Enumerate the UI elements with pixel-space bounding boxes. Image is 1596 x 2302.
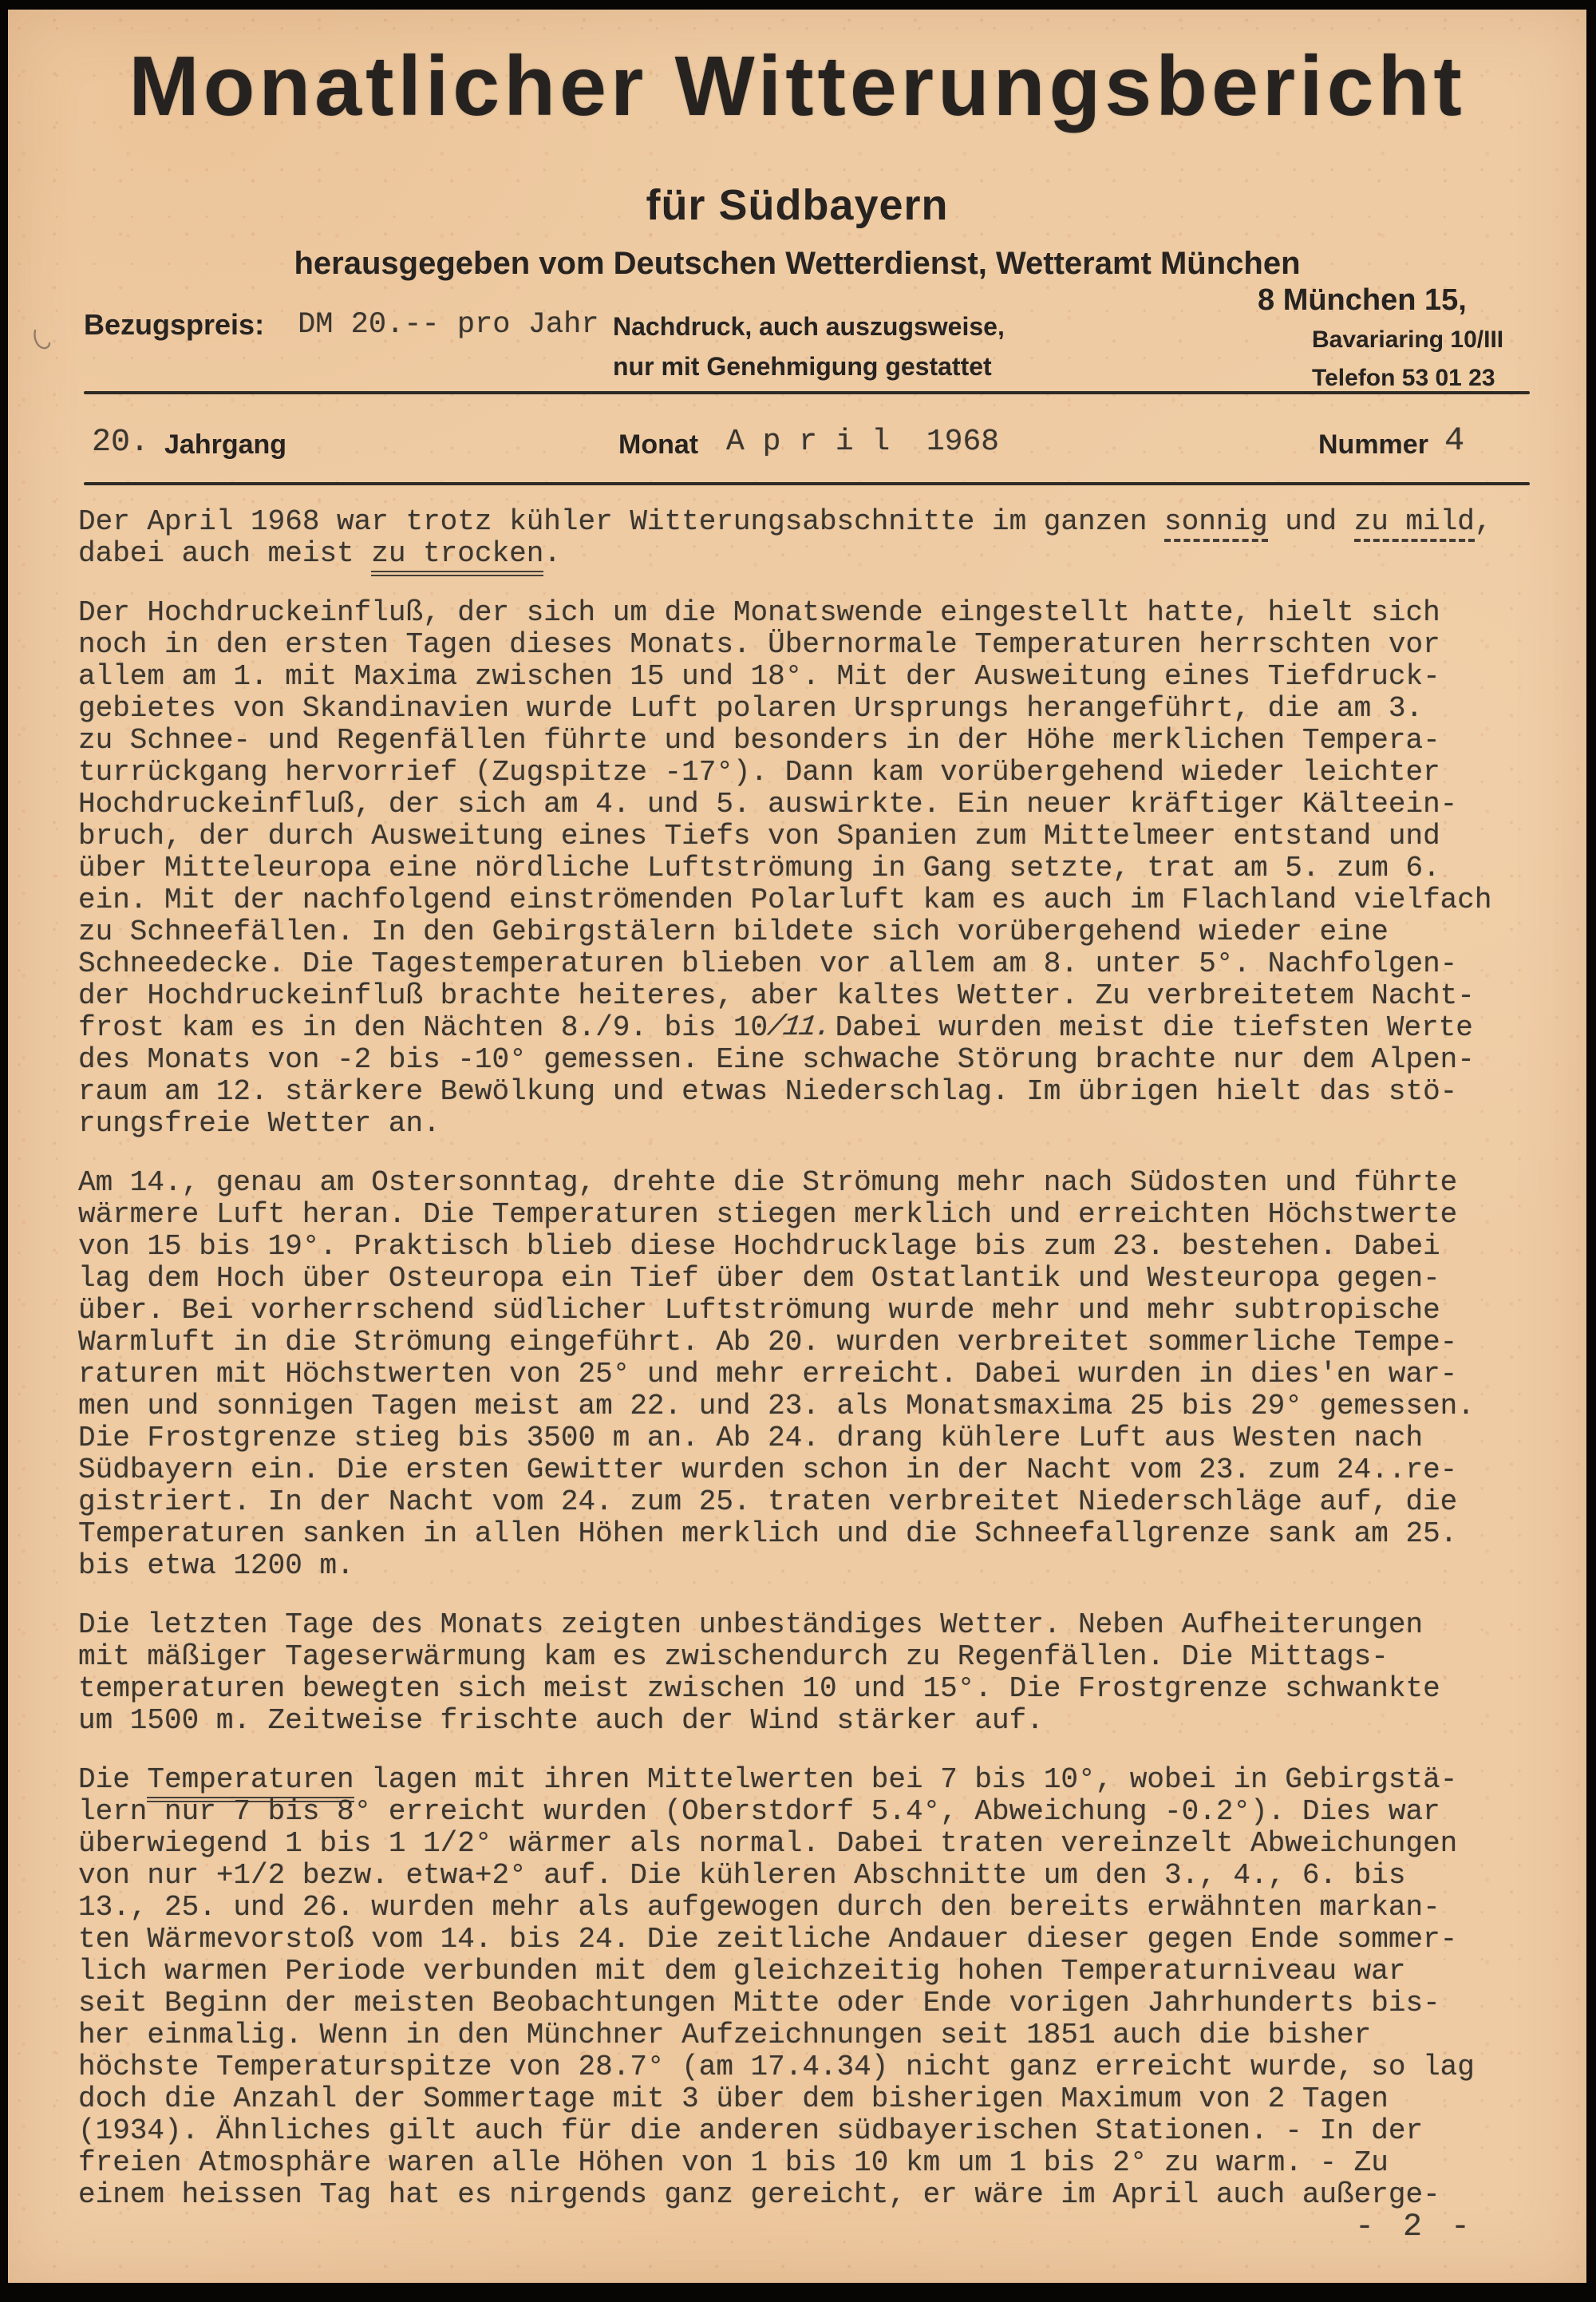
report-body: Der April 1968 war trotz kühler Witterun… (78, 506, 1537, 2238)
pencil-mark (32, 326, 53, 353)
text-line: allem am 1. mit Maxima zwischen 15 und 1… (78, 661, 1537, 693)
text-line: Die letzten Tage des Monats zeigten unbe… (78, 1609, 1537, 1641)
underlined-text: zu trocken (371, 537, 543, 576)
subscription-price-row: Bezugspreis:DM 20.-- pro Jahr (84, 308, 599, 344)
text-line: der Hochdruckeinfluß brachte heiteres, a… (78, 980, 1537, 1012)
text-line: seit Beginn der meisten Beobachtungen Mi… (78, 1988, 1537, 2019)
text-line: Die Frostgrenze stieg bis 3500 m an. Ab … (78, 1422, 1537, 1454)
address-line: 8 München 15, (1258, 279, 1523, 321)
masthead-title: Monatlicher Witterungsbericht (8, 38, 1586, 135)
volume-label: Jahrgang (164, 429, 286, 461)
text-line: ein. Mit der nachfolgend einströmenden P… (78, 884, 1537, 916)
text-line: wärmere Luft heran. Die Temperaturen sti… (78, 1199, 1537, 1231)
text-line: mit mäßiger Tageserwärmung kam es zwisch… (78, 1641, 1537, 1673)
text-segment: frost kam es in den Nächten 8./9. bis 10 (78, 1011, 768, 1044)
divider-rule (84, 482, 1530, 485)
text-line: bruch, der durch Ausweitung eines Tiefs … (78, 821, 1537, 852)
text-line: von 15 bis 19°. Praktisch blieb diese Ho… (78, 1231, 1537, 1263)
masthead-subtitle: für Südbayern (8, 180, 1586, 230)
text-segment: lagen mit ihren Mittelwerten bei 7 bis 1… (354, 1763, 1458, 1796)
text-line: Die Temperaturen lagen mit ihren Mittelw… (78, 1764, 1537, 1796)
issue-info-row: 20. Jahrgang Monat A p r i l 1968 Nummer… (8, 420, 1586, 468)
text-line: dabei auch meist zu trocken. (78, 538, 1537, 570)
text-segment: Dabei wurden meist die tiefsten Werte (836, 1011, 1473, 1044)
text-line: Der April 1968 war trotz kühler Witterun… (78, 506, 1537, 538)
text-line: men und sonnigen Tagen meist am 22. und … (78, 1390, 1537, 1422)
text-segment: , (1475, 505, 1492, 538)
price-value: DM 20.-- pro Jahr (298, 308, 598, 342)
reprint-notice: Nachdruck, auch auszugsweise, nur mit Ge… (613, 307, 1005, 386)
text-line: höchste Temperaturspitze von 28.7° (am 1… (78, 2051, 1537, 2083)
month-label: Monat (618, 429, 698, 461)
text-line: des Monats von -2 bis -10° gemessen. Ein… (78, 1044, 1537, 1076)
reprint-notice-line: Nachdruck, auch auszugsweise, (613, 307, 1005, 346)
text-line: noch in den ersten Tagen dieses Monats. … (78, 629, 1537, 661)
publisher-address: 8 München 15, Bavariaring 10/III Telefon… (1258, 279, 1523, 398)
text-line: freien Atmosphäre waren alle Höhen von 1… (78, 2147, 1537, 2179)
issue-label: Nummer (1318, 429, 1428, 461)
text-line: lich warmen Periode verbunden mit dem gl… (78, 1956, 1537, 1988)
text-line: ten Wärmevorstoß vom 14. bis 24. Die zei… (78, 1924, 1537, 1956)
text-segment: Der April 1968 war trotz kühler Witterun… (78, 505, 1164, 538)
text-line: um 1500 m. Zeitweise frischte auch der W… (78, 1705, 1537, 1737)
reprint-notice-line: nur mit Genehmigung gestattet (613, 346, 1005, 386)
page-number: - 2 - (1355, 2209, 1475, 2245)
address-line: Bavariaring 10/III (1312, 321, 1523, 359)
text-line: einem heissen Tag hat es nirgends ganz g… (78, 2179, 1537, 2211)
text-line: über. Bei vorherrschend südlicher Luftst… (78, 1295, 1537, 1327)
month-value: A p r i l 1968 (726, 425, 999, 459)
text-line: turrückgang hervorrief (Zugspitze -17°).… (78, 757, 1537, 789)
underlined-text: sonnig (1164, 505, 1268, 542)
text-line: gebietes von Skandinavien wurde Luft pol… (78, 693, 1537, 725)
text-line: rungsfreie Wetter an. (78, 1108, 1537, 1140)
text-segment: und (1268, 505, 1354, 538)
text-line: von nur +1/2 bezw. etwa+2° auf. Die kühl… (78, 1860, 1537, 1892)
paragraph-month-end: Die letzten Tage des Monats zeigten unbe… (78, 1609, 1537, 1737)
text-segment: dabei auch meist (78, 537, 371, 570)
paragraph-summary: Der April 1968 war trotz kühler Witterun… (78, 506, 1537, 570)
text-line: lern nur 7 bis 8° erreicht wurden (Obers… (78, 1796, 1537, 1828)
text-line: gistriert. In der Nacht vom 24. zum 25. … (78, 1486, 1537, 1518)
text-line: Südbayern ein. Die ersten Gewitter wurde… (78, 1454, 1537, 1486)
text-line: Am 14., genau am Ostersonntag, drehte di… (78, 1167, 1537, 1199)
publisher-line: herausgegeben vom Deutschen Wetterdienst… (8, 246, 1586, 282)
text-line: zu Schneefällen. In den Gebirgstälern bi… (78, 916, 1537, 948)
text-line: doch die Anzahl der Sommertage mit 3 übe… (78, 2083, 1537, 2115)
text-line: bis etwa 1200 m. (78, 1550, 1537, 1582)
text-segment: Die (78, 1763, 147, 1796)
text-segment: . (543, 537, 561, 570)
paper: Monatlicher Witterungsbericht für Südbay… (8, 10, 1586, 2283)
text-line: frost kam es in den Nächten 8./9. bis 10… (78, 1012, 1537, 1044)
text-line: 13., 25. und 26. wurden mehr als aufgewo… (78, 1892, 1537, 1924)
text-line: Warmluft in die Strömung eingeführt. Ab … (78, 1327, 1537, 1359)
text-line: raturen mit Höchstwerten von 25° und meh… (78, 1359, 1537, 1390)
price-label: Bezugspreis: (84, 308, 264, 341)
underlined-text: zu mild (1354, 505, 1475, 542)
volume-number: 20. (92, 425, 149, 461)
divider-rule (84, 391, 1530, 394)
text-line: überwiegend 1 bis 1 1/2° wärmer als norm… (78, 1828, 1537, 1860)
text-line: her einmalig. Wenn in den Münchner Aufze… (78, 2019, 1537, 2051)
text-line: Hochdruckeinfluß, der sich am 4. und 5. … (78, 789, 1537, 821)
text-line: (1934). Ähnliches gilt auch für die ande… (78, 2115, 1537, 2147)
text-line: lag dem Hoch über Osteuropa ein Tief übe… (78, 1263, 1537, 1295)
text-line: Der Hochdruckeinfluß, der sich um die Mo… (78, 597, 1537, 629)
page-frame: { "masthead": { "title": "Monatlicher Wi… (0, 0, 1596, 2302)
text-line: raum am 12. stärkere Bewölkung und etwas… (78, 1076, 1537, 1108)
paragraph-easter-warmth: Am 14., genau am Ostersonntag, drehte di… (78, 1167, 1537, 1582)
paragraph-early-month: Der Hochdruckeinfluß, der sich um die Mo… (78, 597, 1537, 1140)
text-line: über Mitteleuropa eine nördliche Luftstr… (78, 852, 1537, 884)
text-line: temperaturen bewegten sich meist zwische… (78, 1673, 1537, 1705)
text-line: Temperaturen sanken in allen Höhen merkl… (78, 1518, 1537, 1550)
text-line: zu Schnee- und Regenfällen führte und be… (78, 725, 1537, 757)
text-line: Schneedecke. Die Tagestemperaturen blieb… (78, 948, 1537, 980)
issue-number: 4 (1444, 421, 1464, 460)
paragraph-temperatures: Die Temperaturen lagen mit ihren Mittelw… (78, 1764, 1537, 2211)
handwritten-insert: /11. (765, 1011, 838, 1043)
